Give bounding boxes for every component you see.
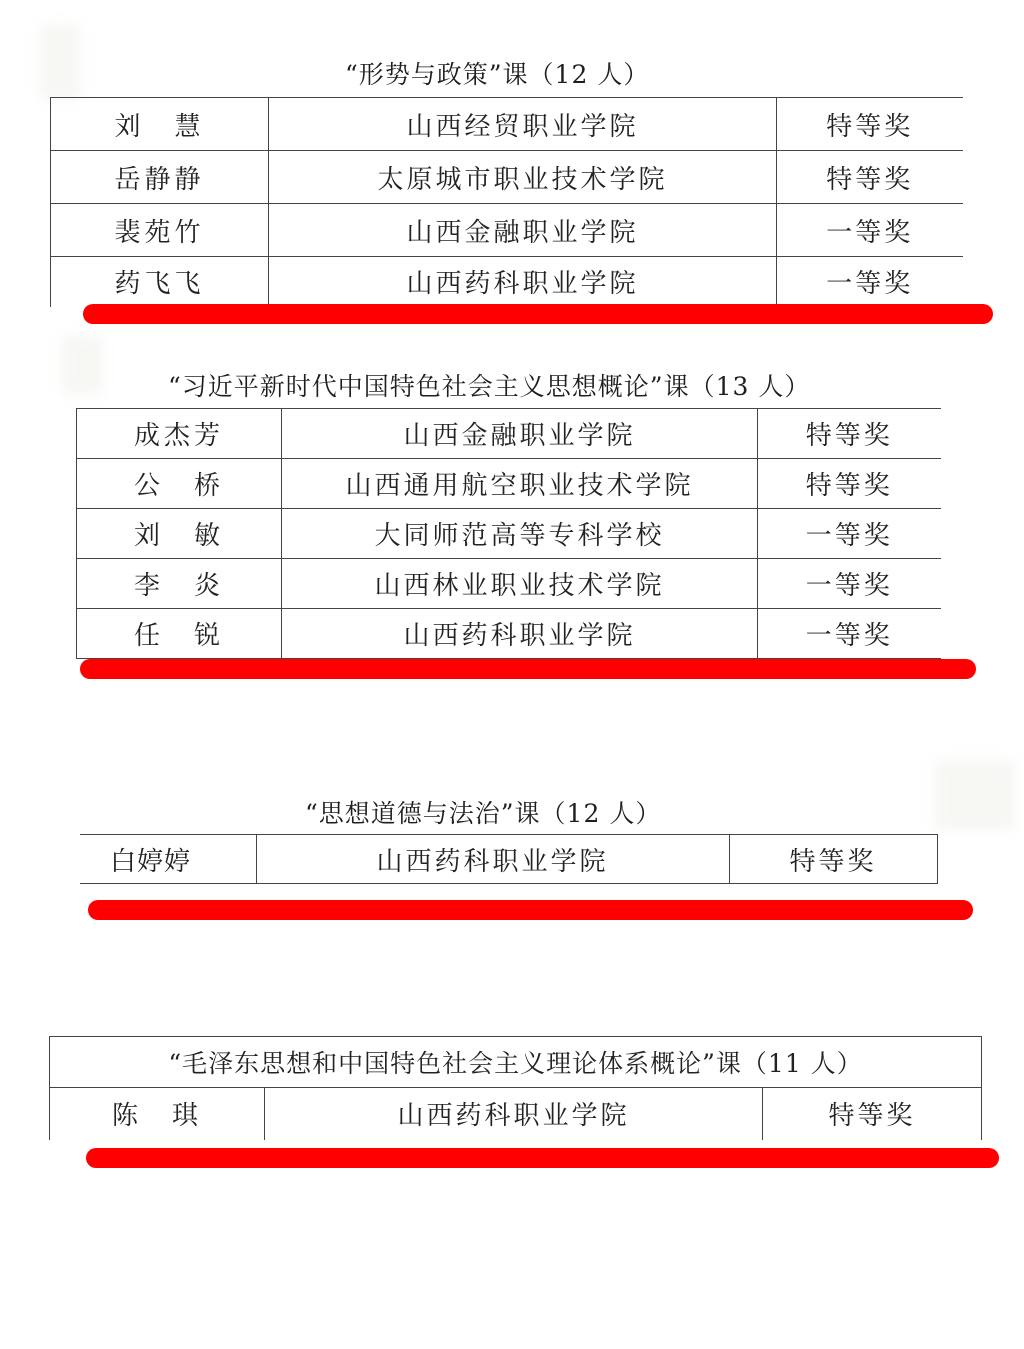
award-level: 特等奖: [758, 459, 941, 509]
red-highlight-underline: [86, 1148, 999, 1168]
table-row: 药飞飞 山西药科职业学院 一等奖: [51, 257, 963, 307]
section-title-situation-policy: “形势与政策”课（12 人）: [345, 55, 649, 91]
winner-name: 公 桥: [77, 459, 282, 509]
award-level: 一等奖: [758, 609, 941, 659]
winner-school: 山西林业职业技术学院: [282, 559, 758, 609]
table-row: 李 炎 山西林业职业技术学院 一等奖: [77, 559, 941, 609]
award-level: 特等奖: [763, 1088, 982, 1140]
table-row: 刘 敏 大同师范高等专科学校 一等奖: [77, 509, 941, 559]
table-row: 公 桥 山西通用航空职业技术学院 特等奖: [77, 459, 941, 509]
scan-artifact: [40, 25, 80, 100]
award-table-situation-policy: 刘 慧 山西经贸职业学院 特等奖 岳静静 太原城市职业技术学院 特等奖 裴苑竹 …: [50, 97, 963, 307]
section-title-xi-thought: “习近平新时代中国特色社会主义思想概论”课（13 人）: [168, 367, 810, 403]
award-level: 一等奖: [758, 509, 941, 559]
table-row: 陈 琪 山西药科职业学院 特等奖: [50, 1088, 982, 1140]
award-table-xi-thought: 成杰芳 山西金融职业学院 特等奖 公 桥 山西通用航空职业技术学院 特等奖 刘 …: [76, 408, 941, 659]
winner-school: 大同师范高等专科学校: [282, 509, 758, 559]
winner-school: 山西通用航空职业技术学院: [282, 459, 758, 509]
table-row: 白婷婷 山西药科职业学院 特等奖: [80, 835, 937, 884]
award-level: 特等奖: [777, 98, 963, 151]
table-row: 任 锐 山西药科职业学院 一等奖: [77, 609, 941, 659]
winner-school: 山西药科职业学院: [256, 835, 729, 884]
winner-name: 药飞飞: [51, 257, 269, 307]
winner-name: 成杰芳: [77, 409, 282, 459]
table-row: 成杰芳 山西金融职业学院 特等奖: [77, 409, 941, 459]
award-level: 一等奖: [777, 204, 963, 257]
award-table-morality-law: 白婷婷 山西药科职业学院 特等奖: [80, 834, 938, 884]
winner-name: 岳静静: [51, 151, 269, 204]
scan-artifact: [62, 335, 102, 395]
winner-school: 山西经贸职业学院: [269, 98, 777, 151]
winner-name: 刘 敏: [77, 509, 282, 559]
winner-school: 山西药科职业学院: [269, 257, 777, 307]
winner-school: 太原城市职业技术学院: [269, 151, 777, 204]
award-level: 一等奖: [777, 257, 963, 307]
winner-name: 裴苑竹: [51, 204, 269, 257]
winner-name: 刘 慧: [51, 98, 269, 151]
winner-school: 山西药科职业学院: [282, 609, 758, 659]
table-row: 裴苑竹 山西金融职业学院 一等奖: [51, 204, 963, 257]
award-level: 一等奖: [758, 559, 941, 609]
table-row: 岳静静 太原城市职业技术学院 特等奖: [51, 151, 963, 204]
red-highlight-underline: [80, 659, 976, 679]
winner-school: 山西金融职业学院: [282, 409, 758, 459]
winner-name: 任 锐: [77, 609, 282, 659]
award-level: 特等奖: [758, 409, 941, 459]
section-title-mao-thought: “毛泽东思想和中国特色社会主义理论体系概论”课（11 人）: [50, 1037, 982, 1088]
award-table-mao-thought: “毛泽东思想和中国特色社会主义理论体系概论”课（11 人） 陈 琪 山西药科职业…: [49, 1036, 982, 1140]
red-highlight-underline: [83, 304, 993, 324]
section-title-morality-law: “思想道德与法治”课（12 人）: [305, 794, 661, 830]
winner-school: 山西金融职业学院: [269, 204, 777, 257]
winner-name: 白婷婷: [80, 835, 256, 884]
table-row: 刘 慧 山西经贸职业学院 特等奖: [51, 98, 963, 151]
award-level: 特等奖: [777, 151, 963, 204]
winner-name: 李 炎: [77, 559, 282, 609]
table-header-row: “毛泽东思想和中国特色社会主义理论体系概论”课（11 人）: [50, 1037, 982, 1088]
red-highlight-underline: [88, 900, 973, 920]
winner-school: 山西药科职业学院: [265, 1088, 763, 1140]
winner-name: 陈 琪: [50, 1088, 265, 1140]
award-level: 特等奖: [729, 835, 937, 884]
scan-artifact: [935, 760, 1015, 830]
